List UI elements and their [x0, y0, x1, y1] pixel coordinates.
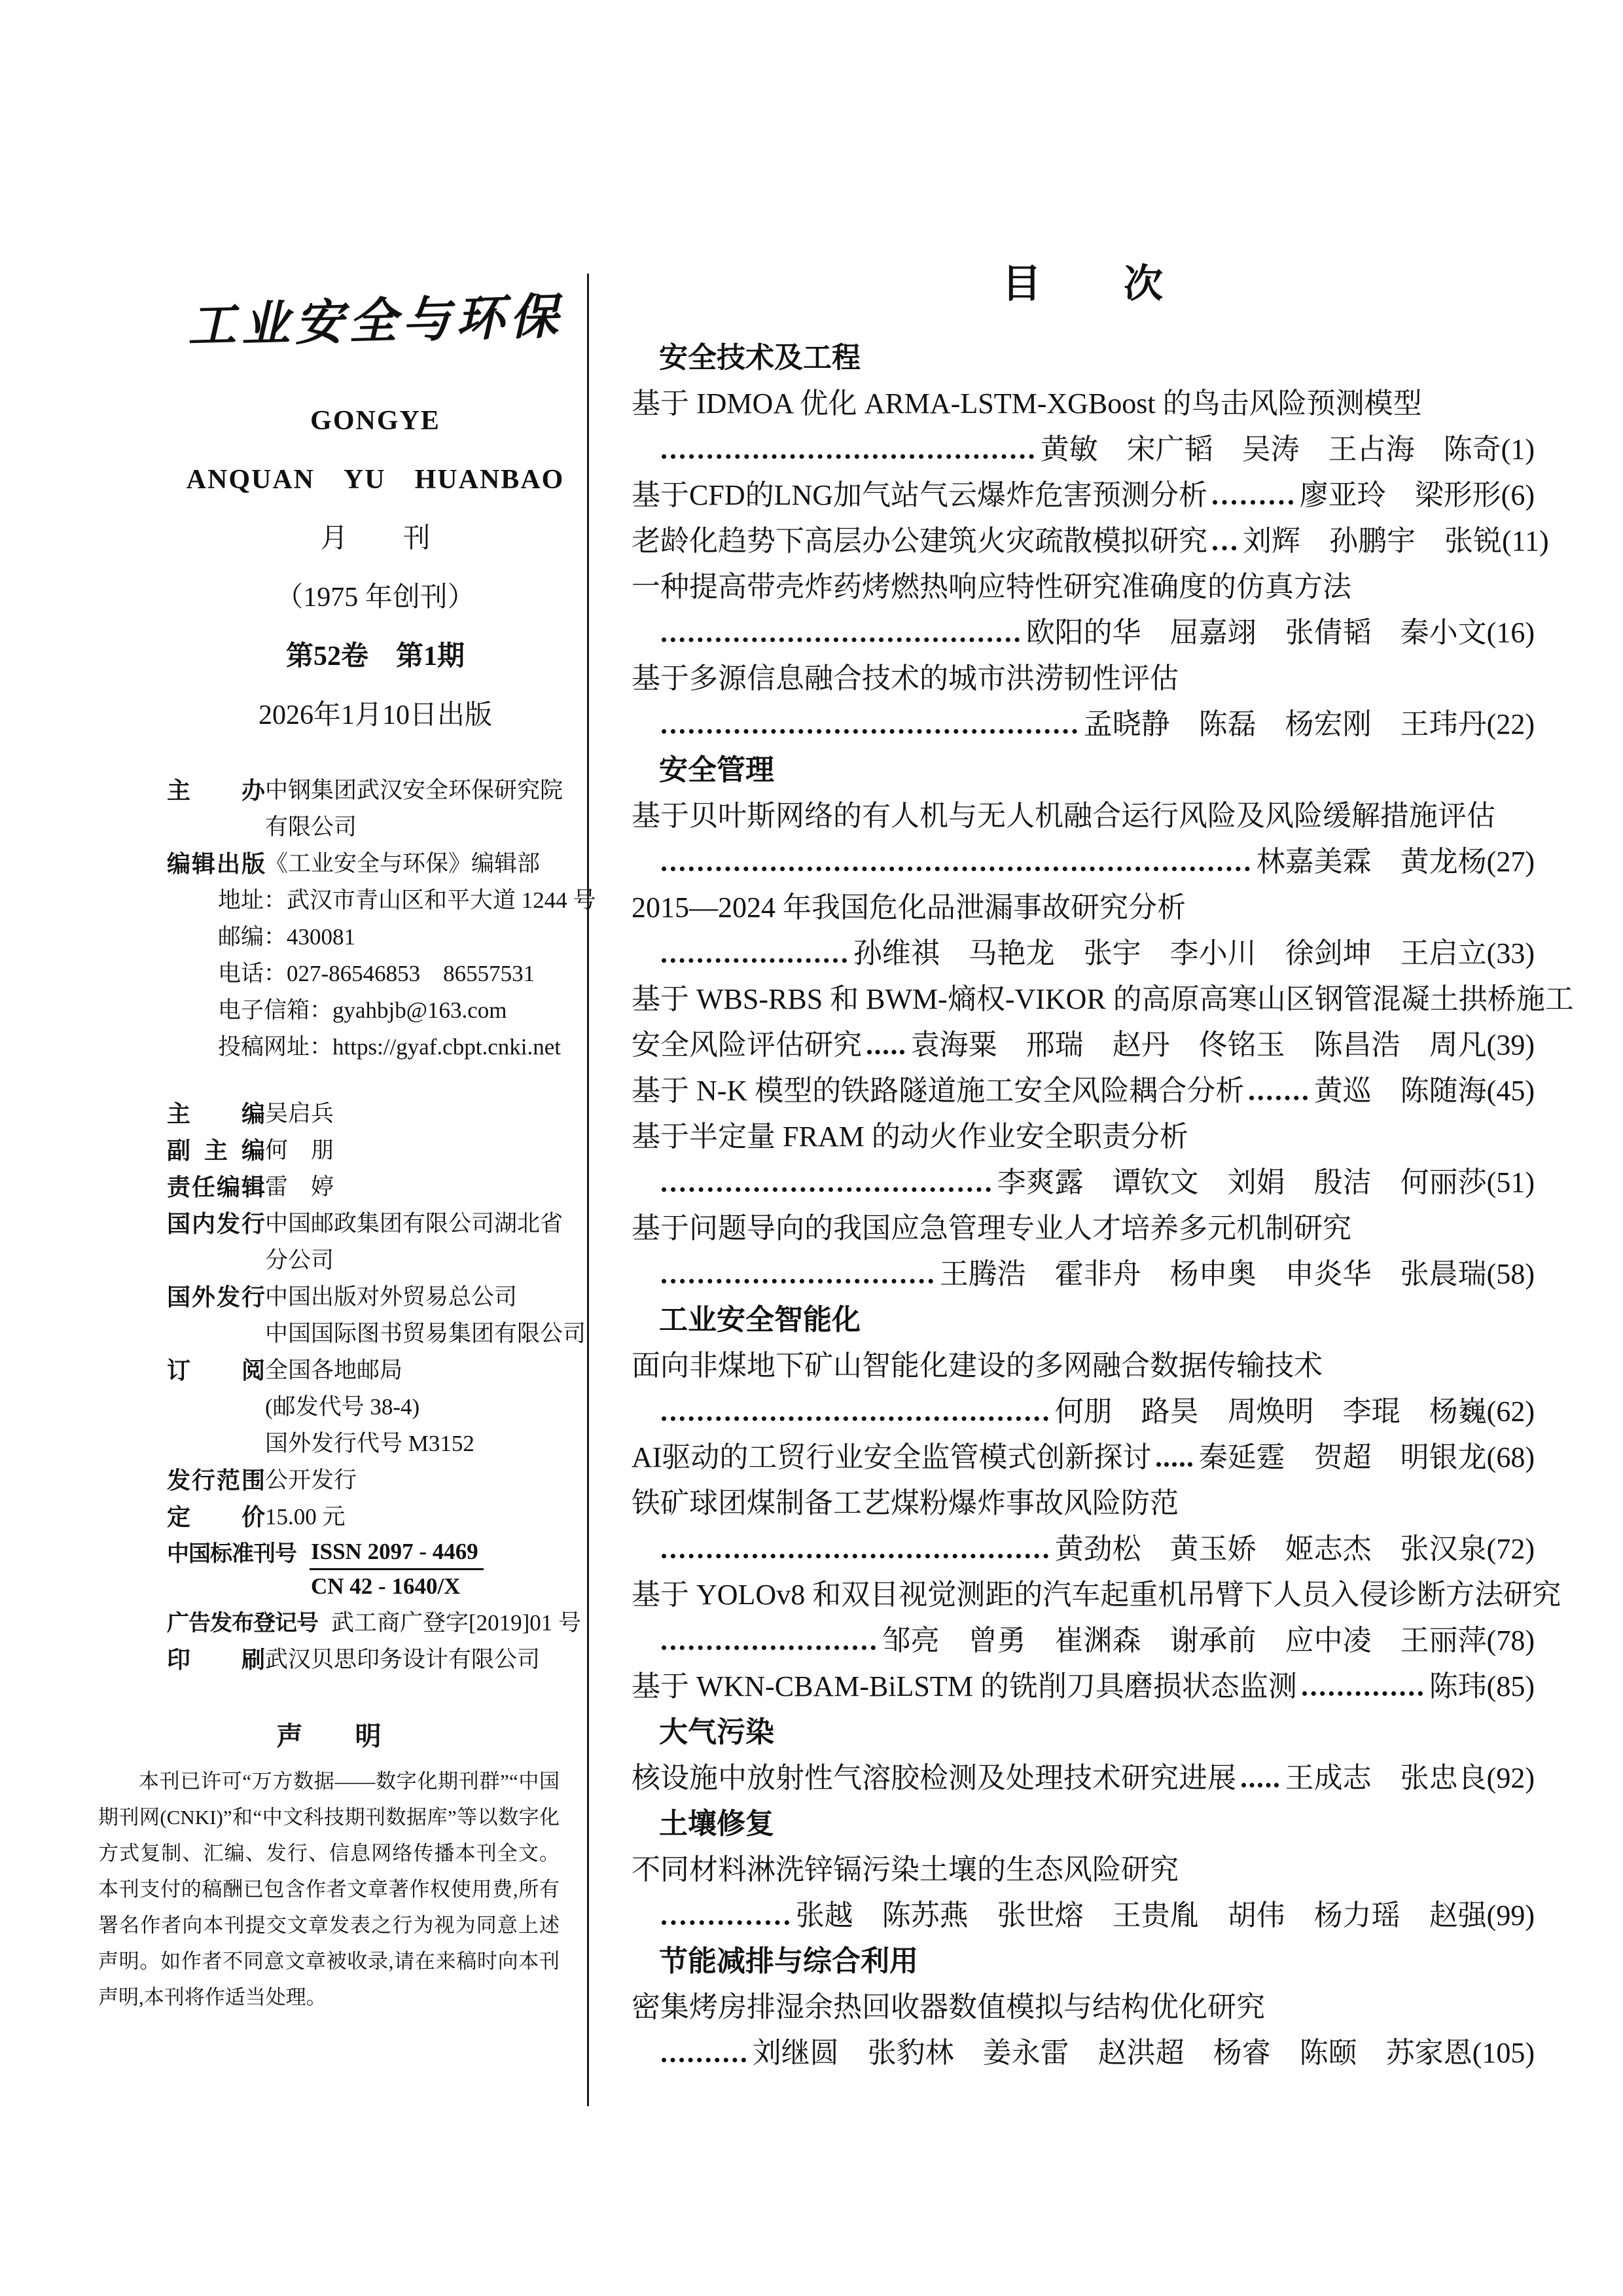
- issn-number: ISSN 2097 - 4469: [310, 1535, 484, 1570]
- toc-entry-title: 核设施中放射性气溶胶检测及处理技术研究进展: [632, 1755, 1236, 1801]
- info-value: 中国邮政集团有限公司湖北省分公司: [265, 1206, 587, 1279]
- toc-entry-title: AI驱动的工贸行业安全监管模式创新探讨: [632, 1435, 1151, 1480]
- publication-info: 主办中钢集团武汉安全环保研究院有限公司编辑出版《工业安全与环保》编辑部地址：武汉…: [98, 772, 587, 1678]
- toc-entry-line: 基于CFD的LNG加气站气云爆炸危害预测分析廖亚玲 梁形形(6): [632, 473, 1535, 518]
- dots-leader: [662, 1554, 1048, 1558]
- journal-pinyin-line2: ANQUAN YU HUANBAO: [164, 450, 587, 509]
- info-value: 武汉贝思印务设计有限公司: [265, 1641, 587, 1678]
- dots-leader: [1156, 1462, 1192, 1467]
- toc-entry-title: 基于 IDMOA 优化 ARMA-LSTM-XGBoost 的鸟击风险预测模型: [632, 381, 1535, 427]
- toc-entry-title: 基于 WKN-CBAM-BiLSTM 的铣削刀具磨损状态监测: [632, 1664, 1297, 1710]
- info-row: 主编吴启兵: [167, 1096, 587, 1132]
- info-value-line: 有限公司: [265, 809, 587, 846]
- info-label: 发行范围: [167, 1462, 265, 1499]
- info-value: 公开发行: [265, 1462, 587, 1499]
- statement-title: 声 明: [98, 1716, 560, 1757]
- dots-leader: [662, 729, 1077, 734]
- info-value: 武工商广登字[2019]01 号: [331, 1605, 587, 1641]
- dots-leader: [662, 1645, 876, 1650]
- dots-leader: [662, 1920, 789, 1925]
- info-value-line: 全国各地邮局: [265, 1352, 587, 1389]
- toc-entry-authors: 黄巡 陈随海(45): [1314, 1068, 1535, 1114]
- info-value-line: 雷 婷: [265, 1169, 587, 1206]
- info-label: 责任编辑: [167, 1169, 265, 1206]
- info-label: 国内发行: [167, 1206, 265, 1242]
- toc-entry-authors: 袁海粟 邢瑞 赵丹 佟铭玉 陈昌浩 周凡(39): [911, 1022, 1535, 1068]
- journal-founded: （1975 年创刊）: [164, 568, 587, 627]
- info-label: 国外发行: [167, 1279, 265, 1316]
- toc-section-header: 节能减排与综合利用: [632, 1939, 1535, 1984]
- info-value-line: (邮发代号 38-4): [265, 1389, 587, 1426]
- info-value-line: 中国出版对外贸易总公司: [265, 1279, 587, 1316]
- dots-leader: [1213, 500, 1293, 505]
- dots-leader: [1249, 1096, 1307, 1100]
- toc-entry-authors: 刘继圆 张豹林 姜永雷 赵洪超 杨睿 陈颐 苏家恩(105): [753, 2030, 1535, 2076]
- toc-entry-line: 李爽露 谭钦文 刘娟 殷洁 何丽莎(51): [632, 1160, 1535, 1206]
- info-row: 国内发行中国邮政集团有限公司湖北省分公司: [167, 1206, 587, 1279]
- toc-entry-authors: 何朋 路昊 周焕明 李琨 杨巍(62): [1055, 1389, 1535, 1435]
- toc-entry-line: 基于 WKN-CBAM-BiLSTM 的铣削刀具磨损状态监测陈玮(85): [632, 1664, 1535, 1710]
- journal-logo-calligraphy: 工业安全与环保: [163, 280, 588, 363]
- info-value: 吴启兵: [265, 1096, 587, 1132]
- info-value-line: 15.00 元: [265, 1499, 587, 1535]
- toc-entry-authors: 王成志 张忠良(92): [1285, 1755, 1535, 1801]
- journal-pinyin-line1: GONGYE: [164, 391, 587, 450]
- toc-entry-title: 基于贝叶斯网络的有人机与无人机融合运行风险及风险缓解措施评估: [632, 793, 1535, 839]
- toc-entry-authors: 秦延霆 贺超 明银龙(68): [1199, 1435, 1535, 1480]
- toc-section-header: 土壤修复: [632, 1801, 1535, 1847]
- info-sub-line: 地址：武汉市青山区和平大道 1244 号: [167, 882, 587, 919]
- dots-leader: [1213, 546, 1236, 550]
- toc-body: 安全技术及工程基于 IDMOA 优化 ARMA-LSTM-XGBoost 的鸟击…: [632, 335, 1535, 2076]
- info-row: 主办中钢集团武汉安全环保研究院有限公司: [167, 772, 587, 846]
- statement-body: 本刊已许可“万方数据——数字化期刊群”“中国期刊网(CNKI)”和“中文科技期刊…: [98, 1763, 560, 2015]
- info-row: 发行范围公开发行: [167, 1462, 587, 1499]
- dots-leader: [662, 454, 1034, 459]
- toc-entry-authors: 刘辉 孙鹏宇 张锐(11): [1243, 518, 1549, 564]
- info-label: 副主编: [167, 1132, 265, 1169]
- toc-entry-line: 孙维祺 马艳龙 张宇 李小川 徐剑坤 王启立(33): [632, 931, 1535, 977]
- toc-entry-line: 张越 陈苏燕 张世熔 王贵胤 胡伟 杨力瑶 赵强(99): [632, 1893, 1535, 1939]
- toc-entry-authors: 孟晓静 陈磊 杨宏刚 王玮丹(22): [1084, 702, 1535, 747]
- info-row: 定价15.00 元: [167, 1499, 587, 1535]
- left-column: 工业安全与环保 GONGYE ANQUAN YU HUANBAO 月 刊 （19…: [98, 281, 587, 2015]
- toc-entry-authors: 孙维祺 马艳龙 张宇 李小川 徐剑坤 王启立(33): [853, 931, 1535, 977]
- info-row: 印刷武汉贝思印务设计有限公司: [167, 1641, 587, 1678]
- info-value: 中钢集团武汉安全环保研究院有限公司: [265, 772, 587, 846]
- toc-entry-title: 老龄化趋势下高层办公建筑火灾疏散模拟研究: [632, 518, 1207, 564]
- publish-date: 2026年1月10日出版: [164, 686, 587, 745]
- toc-entry-line: 林嘉美霖 黄龙杨(27): [632, 839, 1535, 885]
- toc-section-header: 安全技术及工程: [632, 335, 1535, 381]
- info-label: 定价: [167, 1499, 265, 1535]
- dots-leader: [662, 637, 1020, 642]
- info-label: 印刷: [167, 1641, 265, 1678]
- masthead: 工业安全与环保 GONGYE ANQUAN YU HUANBAO 月 刊 （19…: [164, 285, 587, 745]
- info-value-line: 中国国际图书贸易集团有限公司: [265, 1316, 587, 1352]
- info-value-line: 公开发行: [265, 1462, 587, 1499]
- toc-entry-title: 基于 YOLOv8 和双目视觉测距的汽车起重机吊臂下人员入侵诊断方法研究: [632, 1572, 1535, 1618]
- toc-entry-title: 2015—2024 年我国危化品泄漏事故研究分析: [632, 885, 1535, 931]
- column-divider: [587, 274, 589, 2106]
- toc-entry-authors: 欧阳的华 屈嘉翊 张倩韬 秦小文(16): [1026, 610, 1535, 656]
- toc-entry-title: 安全风险评估研究: [632, 1022, 862, 1068]
- info-row: 订阅全国各地邮局(邮发代号 38-4)国外发行代号 M3152: [167, 1352, 587, 1462]
- info-value: 15.00 元: [265, 1499, 587, 1535]
- toc-entry-authors: 黄劲松 黄玉娇 姬志杰 张汉泉(72): [1055, 1526, 1535, 1572]
- toc-entry-title: 铁矿球团煤制备工艺煤粉爆炸事故风险防范: [632, 1480, 1535, 1526]
- info-value: 《工业安全与环保》编辑部: [265, 846, 587, 882]
- toc-entry-line: AI驱动的工贸行业安全监管模式创新探讨秦延霆 贺超 明银龙(68): [632, 1435, 1535, 1480]
- toc-entry-authors: 黄敏 宋广韬 吴涛 王占海 陈奇(1): [1041, 427, 1535, 473]
- info-label: 中国标准刊号: [167, 1535, 296, 1572]
- toc-entry-title: 不同材料淋洗锌镉污染土壤的生态风险研究: [632, 1847, 1535, 1893]
- toc-entry-title: 基于多源信息融合技术的城市洪涝韧性评估: [632, 656, 1535, 702]
- info-label: 主编: [167, 1096, 265, 1132]
- info-value-line: 《工业安全与环保》编辑部: [265, 846, 587, 882]
- info-value-line: 武汉贝思印务设计有限公司: [265, 1641, 587, 1678]
- toc-entry-authors: 张越 陈苏燕 张世熔 王贵胤 胡伟 杨力瑶 赵强(99): [796, 1893, 1535, 1939]
- toc-entry-line: 欧阳的华 屈嘉翊 张倩韬 秦小文(16): [632, 610, 1535, 656]
- info-value: ISSN 2097 - 4469CN 42 - 1640/X: [310, 1535, 587, 1605]
- dots-leader: [662, 1279, 933, 1283]
- toc-section-header: 工业安全智能化: [632, 1297, 1535, 1343]
- toc-entry-line: 老龄化趋势下高层办公建筑火灾疏散模拟研究刘辉 孙鹏宇 张锐(11): [632, 518, 1535, 564]
- toc-heading: 目 次: [632, 257, 1535, 312]
- toc-entry-line: 黄劲松 黄玉娇 姬志杰 张汉泉(72): [632, 1526, 1535, 1572]
- dots-leader: [662, 958, 847, 963]
- info-value: 何 朋: [265, 1132, 587, 1169]
- toc-entry-line: 安全风险评估研究袁海粟 邢瑞 赵丹 佟铭玉 陈昌浩 周凡(39): [632, 1022, 1535, 1068]
- info-value: 雷 婷: [265, 1169, 587, 1206]
- info-row: 广告发布登记号武工商广登字[2019]01 号: [167, 1605, 587, 1641]
- issn-block: ISSN 2097 - 4469CN 42 - 1640/X: [310, 1535, 484, 1603]
- toc-entry-authors: 陈玮(85): [1429, 1664, 1535, 1710]
- toc-entry-authors: 邹亮 曾勇 崔渊森 谢承前 应中凌 王丽萍(78): [882, 1618, 1535, 1664]
- info-row: 副主编何 朋: [167, 1132, 587, 1169]
- toc-entry-line: 基于 N-K 模型的铁路隧道施工安全风险耦合分析黄巡 陈随海(45): [632, 1068, 1535, 1114]
- toc-entry-authors: 王腾浩 霍非舟 杨申奥 申炎华 张晨瑞(58): [940, 1251, 1535, 1297]
- info-label: 主办: [167, 772, 265, 809]
- dots-leader: [1241, 1783, 1279, 1787]
- info-sub-line: 电子信箱：gyahbjb@163.com: [167, 992, 587, 1029]
- info-sub-line: 电话：027-86546853 86557531: [167, 956, 587, 992]
- dots-leader: [1302, 1691, 1423, 1696]
- info-label: 编辑出版: [167, 846, 265, 882]
- info-value-line: 国外发行代号 M3152: [265, 1426, 587, 1462]
- info-row: 国外发行中国出版对外贸易总公司中国国际图书贸易集团有限公司: [167, 1279, 587, 1352]
- info-value: 全国各地邮局(邮发代号 38-4)国外发行代号 M3152: [265, 1352, 587, 1462]
- dots-leader: [662, 2058, 746, 2062]
- toc-entry-title: 密集烤房排湿余热回收器数值模拟与结构优化研究: [632, 1984, 1535, 2030]
- info-row: 中国标准刊号ISSN 2097 - 4469CN 42 - 1640/X: [167, 1535, 587, 1605]
- dots-leader: [662, 1416, 1048, 1421]
- toc-entry-line: 孟晓静 陈磊 杨宏刚 王玮丹(22): [632, 702, 1535, 747]
- toc-entry-authors: 林嘉美霖 黄龙杨(27): [1257, 839, 1535, 885]
- info-value-line: 分公司: [265, 1242, 587, 1279]
- toc-section-header: 大气污染: [632, 1710, 1535, 1755]
- toc-entry-title: 基于 N-K 模型的铁路隧道施工安全风险耦合分析: [632, 1068, 1244, 1114]
- toc-entry-authors: 廖亚玲 梁形形(6): [1300, 473, 1535, 518]
- toc-entry-title: 基于 WBS-RBS 和 BWM-熵权-VIKOR 的高原高寒山区钢管混凝土拱桥…: [632, 977, 1535, 1022]
- toc-entry-title: 基于半定量 FRAM 的动火作业安全职责分析: [632, 1114, 1535, 1160]
- toc-entry-title: 面向非煤地下矿山智能化建设的多网融合数据传输技术: [632, 1343, 1535, 1389]
- toc-column: 目 次 安全技术及工程基于 IDMOA 优化 ARMA-LSTM-XGBoost…: [632, 257, 1535, 2076]
- toc-entry-authors: 李爽露 谭钦文 刘娟 殷洁 何丽莎(51): [997, 1160, 1535, 1206]
- info-sub-line: 邮编：430081: [167, 919, 587, 956]
- cn-number: CN 42 - 1640/X: [310, 1570, 484, 1603]
- journal-frequency: 月 刊: [164, 509, 587, 568]
- dots-leader: [662, 1187, 991, 1192]
- toc-entry-title: 基于问题导向的我国应急管理专业人才培养多元机制研究: [632, 1206, 1535, 1251]
- toc-entry-line: 何朋 路昊 周焕明 李琨 杨巍(62): [632, 1389, 1535, 1435]
- toc-section-header: 安全管理: [632, 747, 1535, 793]
- volume-issue: 第52卷 第1期: [164, 627, 587, 686]
- dots-leader: [662, 867, 1250, 871]
- info-value-line: 武工商广登字[2019]01 号: [331, 1605, 587, 1641]
- info-label: 广告发布登记号: [167, 1605, 318, 1641]
- info-label: 订阅: [167, 1352, 265, 1389]
- info-value: 中国出版对外贸易总公司中国国际图书贸易集团有限公司: [265, 1279, 587, 1352]
- info-value-line: 中钢集团武汉安全环保研究院: [265, 772, 587, 809]
- info-value-line: 中国邮政集团有限公司湖北省: [265, 1206, 587, 1242]
- journal-toc-page: 工业安全与环保 GONGYE ANQUAN YU HUANBAO 月 刊 （19…: [0, 0, 1623, 2296]
- info-sub-line: 投稿网址：https://gyaf.cbpt.cnki.net: [167, 1029, 587, 1066]
- info-row: 编辑出版《工业安全与环保》编辑部: [167, 846, 587, 882]
- toc-entry-line: 核设施中放射性气溶胶检测及处理技术研究进展王成志 张忠良(92): [632, 1755, 1535, 1801]
- info-value-line: 吴启兵: [265, 1096, 587, 1132]
- info-row: 责任编辑雷 婷: [167, 1169, 587, 1206]
- toc-entry-line: 王腾浩 霍非舟 杨申奥 申炎华 张晨瑞(58): [632, 1251, 1535, 1297]
- toc-entry-line: 刘继圆 张豹林 姜永雷 赵洪超 杨睿 陈颐 苏家恩(105): [632, 2030, 1535, 2076]
- dots-leader: [867, 1050, 904, 1054]
- statement-block: 声 明 本刊已许可“万方数据——数字化期刊群”“中国期刊网(CNKI)”和“中文…: [98, 1716, 587, 2015]
- toc-entry-title: 基于CFD的LNG加气站气云爆炸危害预测分析: [632, 473, 1207, 518]
- toc-entry-line: 邹亮 曾勇 崔渊森 谢承前 应中凌 王丽萍(78): [632, 1618, 1535, 1664]
- toc-entry-title: 一种提高带壳炸药烤燃热响应特性研究准确度的仿真方法: [632, 564, 1535, 610]
- toc-entry-line: 黄敏 宋广韬 吴涛 王占海 陈奇(1): [632, 427, 1535, 473]
- info-value-line: 何 朋: [265, 1132, 587, 1169]
